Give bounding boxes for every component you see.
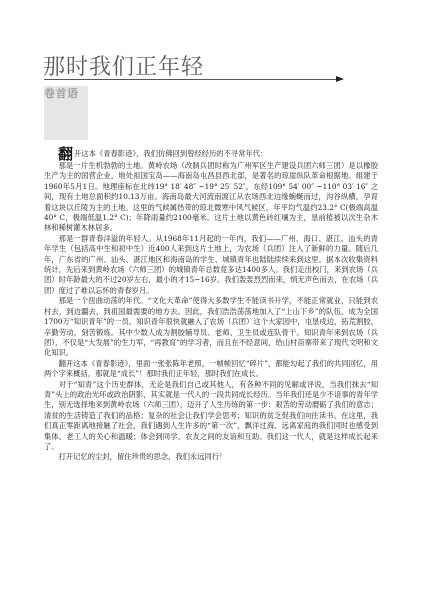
paragraph: 那是一群青春洋溢的年轻人。从1968年11月起的一年内，我们——广州、海口、湛江… <box>44 234 378 296</box>
section-label: 卷首语 <box>44 85 79 101</box>
title-underline-arrow <box>44 79 337 80</box>
paragraph: 对于“知青”这个历史群体，无论是我们自己或其他人，有各种不同的见解或评说，当我们… <box>44 380 378 453</box>
paragraph: 那是一片生机勃勃的土地。黄岭农场（改制兵团时称为广州军区生产建设兵团六师三团）是… <box>44 161 378 234</box>
paragraph: 翻开这本《青春影迹》，里面一张张陈年老照，一帧帧回忆“碎片”，都能勾起了我们的共… <box>44 359 378 380</box>
page-title: 那时我们正年轻 <box>43 50 204 81</box>
body-text: 翻开这本《青春影迹》，我们仿佛回到曾经经历的不寻常年代： 那是一片生机勃勃的土地… <box>44 147 378 463</box>
paragraph: 打开记忆的尘封，留住珍贵的思念，我们永远同行！ <box>44 452 378 462</box>
arrow-right-icon <box>336 76 344 82</box>
drop-cap: 翻 <box>58 147 73 161</box>
paragraph-intro: 翻开这本《青春影迹》，我们仿佛回到曾经经历的不寻常年代： <box>44 147 378 161</box>
paragraph: 那是一个扭曲动荡的年代。“文化大革命”使得大多数学生不能读书升学，不能正常就业，… <box>44 296 378 358</box>
paragraph-text: 开这本《青春影迹》，我们仿佛回到曾经经历的不寻常年代： <box>74 149 267 158</box>
